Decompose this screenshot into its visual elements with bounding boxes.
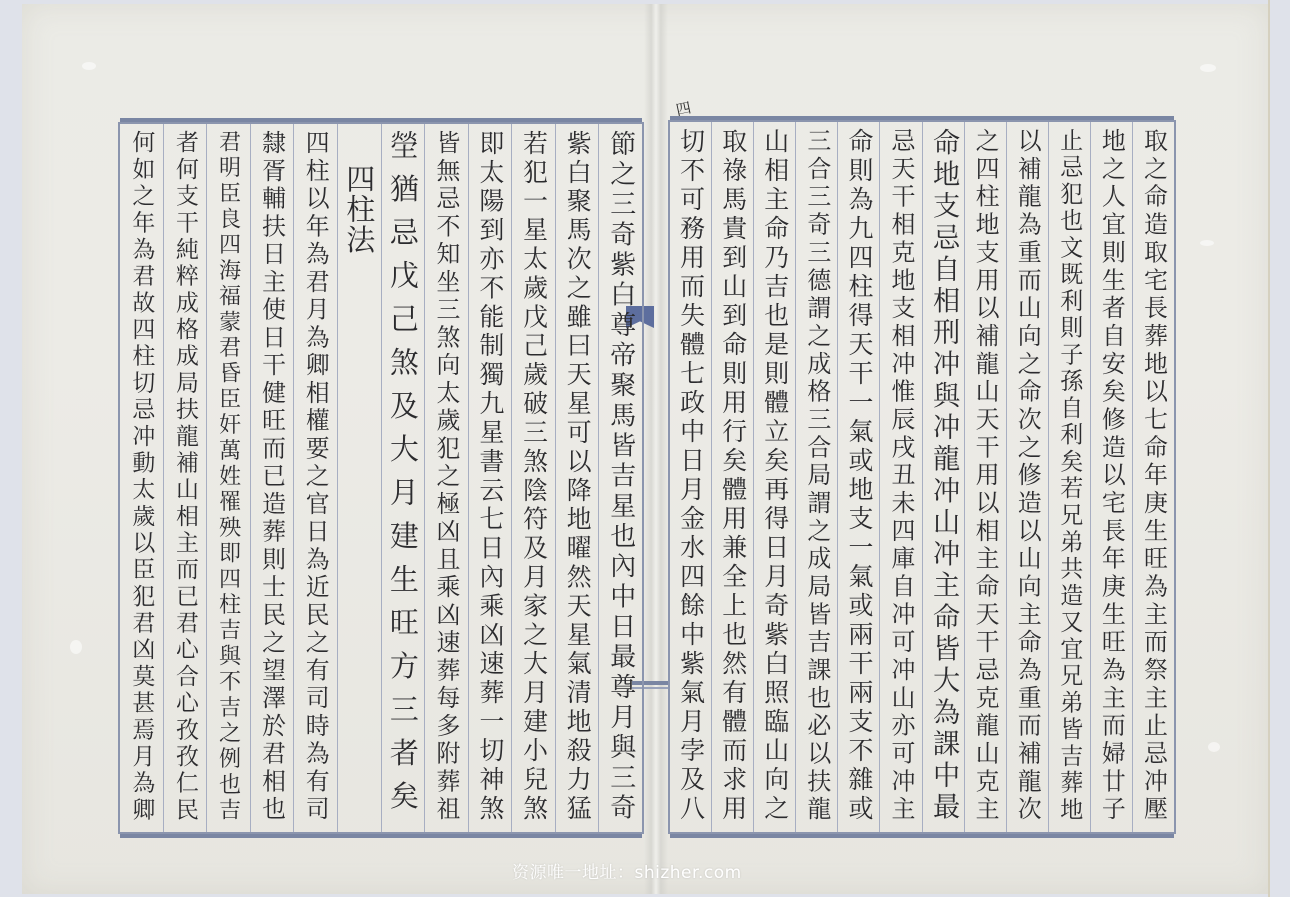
column-text: 三合三奇三德謂之成格三合局謂之成局皆吉課也必以扶龍: [799, 128, 835, 824]
text-column: 即太陽到亦不能制獨九星書云七日內乘凶速葬一切神煞: [468, 124, 512, 832]
column-text: 塋猶忌戊己煞及大月建生旺方三者矣: [385, 130, 421, 824]
paper-blemish: [82, 62, 96, 70]
text-column: 皆無忌不知坐三煞向太歲犯之極凶且乘凶速葬每多附葬祖: [424, 124, 468, 832]
paper-blemish: [1200, 240, 1214, 246]
paper-edge: [1268, 0, 1270, 897]
text-column: 切不可務用而失體七政中日月金水四餘中紫氣月孛及八: [670, 122, 711, 832]
text-column: 君明臣良四海福蒙君昏臣奸萬姓罹殃即四柱吉與不吉之例也吉: [206, 124, 250, 832]
text-column: 四柱以年為君月為卿相權要之官日為近民之有司時為有司: [293, 124, 337, 832]
column-text: 命地支忌自相刑冲與冲龍冲山冲主命皆大為課中最: [925, 128, 961, 824]
text-column: 紫白聚馬次之雖曰天星可以降地曜然天星氣清地殺力猛: [555, 124, 599, 832]
column-text: 者何支干純粹成格成局扶龍補山相主而已君心合心孜孜仁民: [167, 130, 203, 824]
column-text: 皆無忌不知坐三煞向太歲犯之極凶且乘凶速葬每多附葬祖: [428, 130, 464, 824]
text-column: 何如之年為君故四柱切忌冲動太歲以臣犯君凶莫甚焉月為卿: [120, 124, 163, 832]
column-text: 山相主命乃吉也是則體立矣再得日月奇紫白照臨山向之: [757, 128, 793, 824]
column-text: 地之人宜則生者自安矣修造以宅長年庚生旺為主而婦廿子: [1093, 128, 1129, 824]
book-fold: [644, 4, 668, 894]
column-text: 止忌犯也文既利則子孫自利矣若兄弟共造又宜兄弟皆吉葬地: [1051, 128, 1087, 824]
text-column: 命地支忌自相刑冲與冲龍冲山冲主命皆大為課中最: [922, 122, 964, 832]
column-text: 四柱以年為君月為卿相權要之官日為近民之有司時為有司: [298, 130, 334, 824]
text-column: 之四柱地支用以補龍山天干用以相主命天干忌克龍山克主: [964, 122, 1006, 832]
text-column: 山相主命乃吉也是則體立矣再得日月奇紫白照臨山向之: [753, 122, 795, 832]
column-text: 隸胥輔扶日主使日干健旺而已造葬則士民之望澤於君相也: [254, 130, 290, 824]
right-page-columns: 取之命造取宅長葬地以七命年庚生旺為主而祭主止忌冲壓 地之人宜則生者自安矣修造以宅…: [670, 122, 1174, 832]
column-text: 君明臣良四海福蒙君昏臣奸萬姓罹殃即四柱吉與不吉之例也吉: [211, 130, 247, 824]
text-column: 以補龍為重而山向之命次之修造以山向主命為重而補龍次: [1006, 122, 1048, 832]
column-text: 即太陽到亦不能制獨九星書云七日內乘凶速葬一切神煞: [472, 130, 508, 824]
text-column: 忌天干相克地支相冲惟辰戌丑未四庫自冲可冲山亦可冲主: [879, 122, 921, 832]
column-text: 取祿馬貴到山到命則用行矣體用兼全上也然有體而求用: [715, 128, 751, 824]
column-text: 取之命造取宅長葬地以七命年庚生旺為主而祭主止忌冲壓: [1135, 128, 1171, 824]
paper-blemish: [70, 640, 82, 654]
text-column: 三合三奇三德謂之成格三合局謂之成局皆吉課也必以扶龍: [795, 122, 837, 832]
column-text: 以補龍為重而山向之命次之修造以山向主命為重而補龍次: [1009, 128, 1045, 824]
text-column: 取祿馬貴到山到命則用行矣體用兼全上也然有體而求用: [711, 122, 753, 832]
text-column: 命則為九四柱得天干一氣或地支一氣或兩干兩支不雜或: [837, 122, 879, 832]
left-page-columns: 節之三奇紫白尊帝聚馬皆吉星也內中日最尊月與三奇 紫白聚馬次之雖曰天星可以降地曜然…: [120, 124, 642, 832]
paper-blemish: [1208, 742, 1220, 752]
text-column: 取之命造取宅長葬地以七命年庚生旺為主而祭主止忌冲壓: [1132, 122, 1174, 832]
column-text: 命則為九四柱得天干一氣或地支一氣或兩干兩支不雜或: [841, 128, 877, 824]
column-text: 忌天干相克地支相冲惟辰戌丑未四庫自冲可冲山亦可冲主: [883, 128, 919, 824]
column-text: 若犯一星太歲戊己歲破三煞陰符及月家之大月建小兒煞: [516, 130, 552, 824]
right-page-frame: 取之命造取宅長葬地以七命年庚生旺為主而祭主止忌冲壓 地之人宜則生者自安矣修造以宅…: [668, 120, 1176, 834]
text-column: 節之三奇紫白尊帝聚馬皆吉星也內中日最尊月與三奇: [598, 124, 642, 832]
watermark-text: 资源唯一地址：shizher.com: [512, 858, 742, 883]
text-column: 塋猶忌戊己煞及大月建生旺方三者矣: [381, 124, 425, 832]
text-column: 者何支干純粹成格成局扶龍補山相主而已君心合心孜孜仁民: [163, 124, 207, 832]
text-column: 地之人宜則生者自安矣修造以宅長年庚生旺為主而婦廿子: [1090, 122, 1132, 832]
left-page-frame: 節之三奇紫白尊帝聚馬皆吉星也內中日最尊月與三奇 紫白聚馬次之雖曰天星可以降地曜然…: [118, 122, 644, 834]
column-text: 節之三奇紫白尊帝聚馬皆吉星也內中日最尊月與三奇: [603, 130, 639, 824]
column-text: 何如之年為君故四柱切忌冲動太歲以臣犯君凶莫甚焉月為卿: [123, 130, 159, 824]
section-heading-column: 四柱法: [337, 124, 381, 832]
text-column: 若犯一星太歲戊己歲破三煞陰符及月家之大月建小兒煞: [511, 124, 555, 832]
column-text: 紫白聚馬次之雖曰天星可以降地曜然天星氣清地殺力猛: [559, 130, 595, 824]
text-column: 隸胥輔扶日主使日干健旺而已造葬則士民之望澤於君相也: [250, 124, 294, 832]
column-text: 切不可務用而失體七政中日月金水四餘中紫氣月孛及八: [673, 128, 709, 824]
section-heading: 四柱法: [341, 164, 377, 255]
column-text: 之四柱地支用以補龍山天干用以相主命天干忌克龍山克主: [967, 128, 1003, 824]
text-column: 止忌犯也文既利則子孫自利矣若兄弟共造又宜兄弟皆吉葬地: [1048, 122, 1090, 832]
paper-blemish: [1200, 64, 1216, 72]
